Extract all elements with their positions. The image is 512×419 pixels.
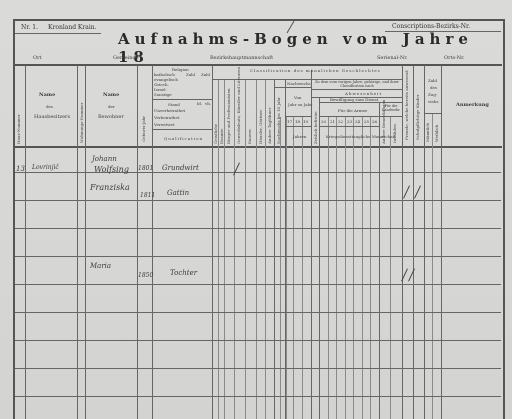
invalid-label: Invaliden xyxy=(392,125,397,143)
census-form-sheet: Nr. 1. Kronland Krain. Conscriptions-Bez… xyxy=(0,0,512,419)
col-divider xyxy=(152,65,153,419)
von-jahr-l1: Von xyxy=(294,95,302,100)
zugvieh-col-a: Männlich xyxy=(425,124,430,142)
col-divider xyxy=(311,70,312,419)
zugvieh-col-b: Weiblich xyxy=(434,124,439,142)
row-rule xyxy=(15,256,501,257)
entry-qual-1: Grundwirt xyxy=(162,164,199,172)
col-name-haus-l1: Name xyxy=(39,92,55,98)
age-group: 23 xyxy=(347,119,352,124)
stand-title: Stand xyxy=(168,102,180,107)
age-group: 19 xyxy=(303,119,308,124)
header-subrule xyxy=(424,113,441,114)
col-divider xyxy=(413,65,414,419)
class-col: Häusler, Gärtner xyxy=(258,106,263,144)
header-subrule xyxy=(319,102,402,103)
col-geburts-jahr: Geburts-Jahr xyxy=(141,118,146,142)
col-wohnungs-nummer: Wohnungs-Nummer xyxy=(79,103,84,143)
row-rule xyxy=(15,396,501,397)
row-rule xyxy=(15,172,501,173)
nachwuchs-label: Nachwuchs xyxy=(287,81,311,86)
andere-label: Andere Bemerkungen xyxy=(381,118,386,144)
religion-row: Sonstige xyxy=(154,92,172,97)
col-qualification: Qualification xyxy=(164,136,203,141)
header-bottom-rule xyxy=(13,146,502,148)
row-rule xyxy=(15,228,501,229)
row-rule xyxy=(15,312,501,313)
entry-bewohner-5: Maria xyxy=(90,262,111,270)
entry-haus-nr: 13 xyxy=(16,165,25,173)
field-gemeinde: Gemeinde xyxy=(113,55,139,61)
entry-birth-2: 1811 xyxy=(140,192,155,199)
header-subrule xyxy=(319,116,402,117)
header-subrule xyxy=(311,89,402,90)
class-col: Bauern xyxy=(247,118,252,144)
stand-row: Verheirathet xyxy=(154,115,179,120)
military-sub1: Abwesenheit xyxy=(345,91,382,96)
col-divider xyxy=(302,117,303,419)
col-divider xyxy=(379,103,380,419)
entry-bewohner-2: Franziska xyxy=(90,183,130,192)
header-subrule xyxy=(319,126,379,127)
col-name-bewohner-l1: Name xyxy=(103,92,119,98)
col-divider xyxy=(280,117,281,419)
col-divider xyxy=(319,98,320,419)
col-name-bewohner-l2: der xyxy=(108,104,115,109)
col-divider xyxy=(402,65,403,419)
religion-col-m: Zahl xyxy=(186,72,195,77)
class-col: Beamte xyxy=(219,118,224,144)
col-divider xyxy=(77,65,78,419)
zugvieh-l1: Zahl xyxy=(428,78,437,83)
zugvieh-l3: Zug- xyxy=(428,92,437,97)
stand-col2: vh. xyxy=(205,101,211,106)
col-divider xyxy=(362,117,363,419)
header-subrule xyxy=(274,87,311,88)
col-divider xyxy=(441,65,442,419)
zeitlich-befreite: Zeitlich befreite xyxy=(313,118,318,144)
col-divider xyxy=(345,117,346,419)
header-underline xyxy=(15,33,101,34)
header-subrule xyxy=(285,116,311,117)
col-divider xyxy=(137,65,138,419)
form-number: Nr. 1. xyxy=(21,24,38,31)
col-divider xyxy=(424,65,425,419)
classification-title: Classification des männlichen Geschlecht… xyxy=(250,68,381,73)
class-col: Andere Taglöhner xyxy=(267,106,272,144)
row-rule xyxy=(15,284,501,285)
military-sub2: Bewilligung zum Dienst xyxy=(330,97,378,102)
age-group: 20 xyxy=(321,119,326,124)
class-col: Nachwuchs bis 18 Jahr xyxy=(276,90,281,144)
col-divider xyxy=(336,117,337,419)
schulpflicht-label: Schulpflichtige Kinder xyxy=(415,98,420,140)
class-col: Gewerbsleute, Künstler und Literaten xyxy=(236,88,241,144)
col-name-haus-l2: des xyxy=(46,104,53,109)
header-subrule xyxy=(152,129,212,130)
entry-birth-5: 1850 xyxy=(138,272,153,279)
row-rule xyxy=(15,200,501,201)
col-divider xyxy=(370,117,371,419)
entry-qual-2: Gattin xyxy=(167,189,189,197)
col-haus-nummer: Haus-Nummer xyxy=(16,118,21,144)
row-rule xyxy=(15,340,501,341)
military-sub3: Für die Armee xyxy=(338,108,367,113)
age-group: 21 xyxy=(330,119,335,124)
col-divider xyxy=(390,117,391,419)
field-ort: Ort xyxy=(33,55,42,61)
header-top-rule xyxy=(13,64,502,66)
stand-col1: ld. xyxy=(197,101,202,106)
col-divider xyxy=(353,117,354,419)
crown-land-label: Kronland Krain. xyxy=(48,24,97,31)
entry-qual-5: Tochter xyxy=(170,269,197,277)
religion-col-w: Zahl xyxy=(201,72,210,77)
col-divider xyxy=(286,117,287,419)
stand-row: Unverheirathet xyxy=(154,108,185,113)
entry-birth-1: 1801 xyxy=(138,165,153,172)
row-rule xyxy=(15,368,501,369)
field-serienal-nr: Serienal-Nr. xyxy=(377,55,408,61)
entry-bewohner-1a: Johann xyxy=(92,155,117,163)
stand-row: Verwitwet xyxy=(154,122,175,127)
col-anmerkung: Anmerkung xyxy=(456,102,489,108)
col-divider xyxy=(85,65,86,419)
age-group: 24 xyxy=(355,119,360,124)
zugvieh-l2: des xyxy=(430,85,437,90)
field-orts-nr: Orts-Nr. xyxy=(444,55,465,61)
field-bezirkshauptmannschaft: Bezirkshauptmannschaft xyxy=(210,55,273,61)
age-group: 25 xyxy=(364,119,369,124)
conscription-district-label: Conscriptions-Bezirks-Nr. xyxy=(392,23,470,30)
class-col: Geistliche xyxy=(213,118,218,144)
col-name-haus-l3: Hausbesitzers xyxy=(34,114,70,120)
col-divider xyxy=(293,117,294,419)
header-subrule xyxy=(152,99,212,100)
col-name-bewohner-l3: Bewohner xyxy=(98,114,124,120)
von-jahr-l2: Jahr zu Jahr xyxy=(288,102,312,107)
col-divider xyxy=(328,117,329,419)
entry-bewohner-1b: Wolfsing xyxy=(94,165,129,174)
age-group: 26 xyxy=(372,119,377,124)
class-col: Bürger und Professionisten xyxy=(226,100,231,144)
age-group: 22 xyxy=(338,119,343,124)
entry-hausbesitzer: Lovrinjič xyxy=(32,164,59,171)
header-subrule xyxy=(285,126,311,127)
military-title: Zu dem vom vorigen Jahre, gehörige, und … xyxy=(313,80,401,88)
age-group: 18 xyxy=(295,119,300,124)
col-divider xyxy=(432,114,433,419)
jahren-label: Jahren xyxy=(293,134,306,139)
zugvieh-l4: viehs xyxy=(428,99,439,104)
age-group: 17 xyxy=(287,119,292,124)
col-divider xyxy=(25,65,26,419)
auslaender-label: Fremde, welche bereits anwesend xyxy=(404,80,409,140)
